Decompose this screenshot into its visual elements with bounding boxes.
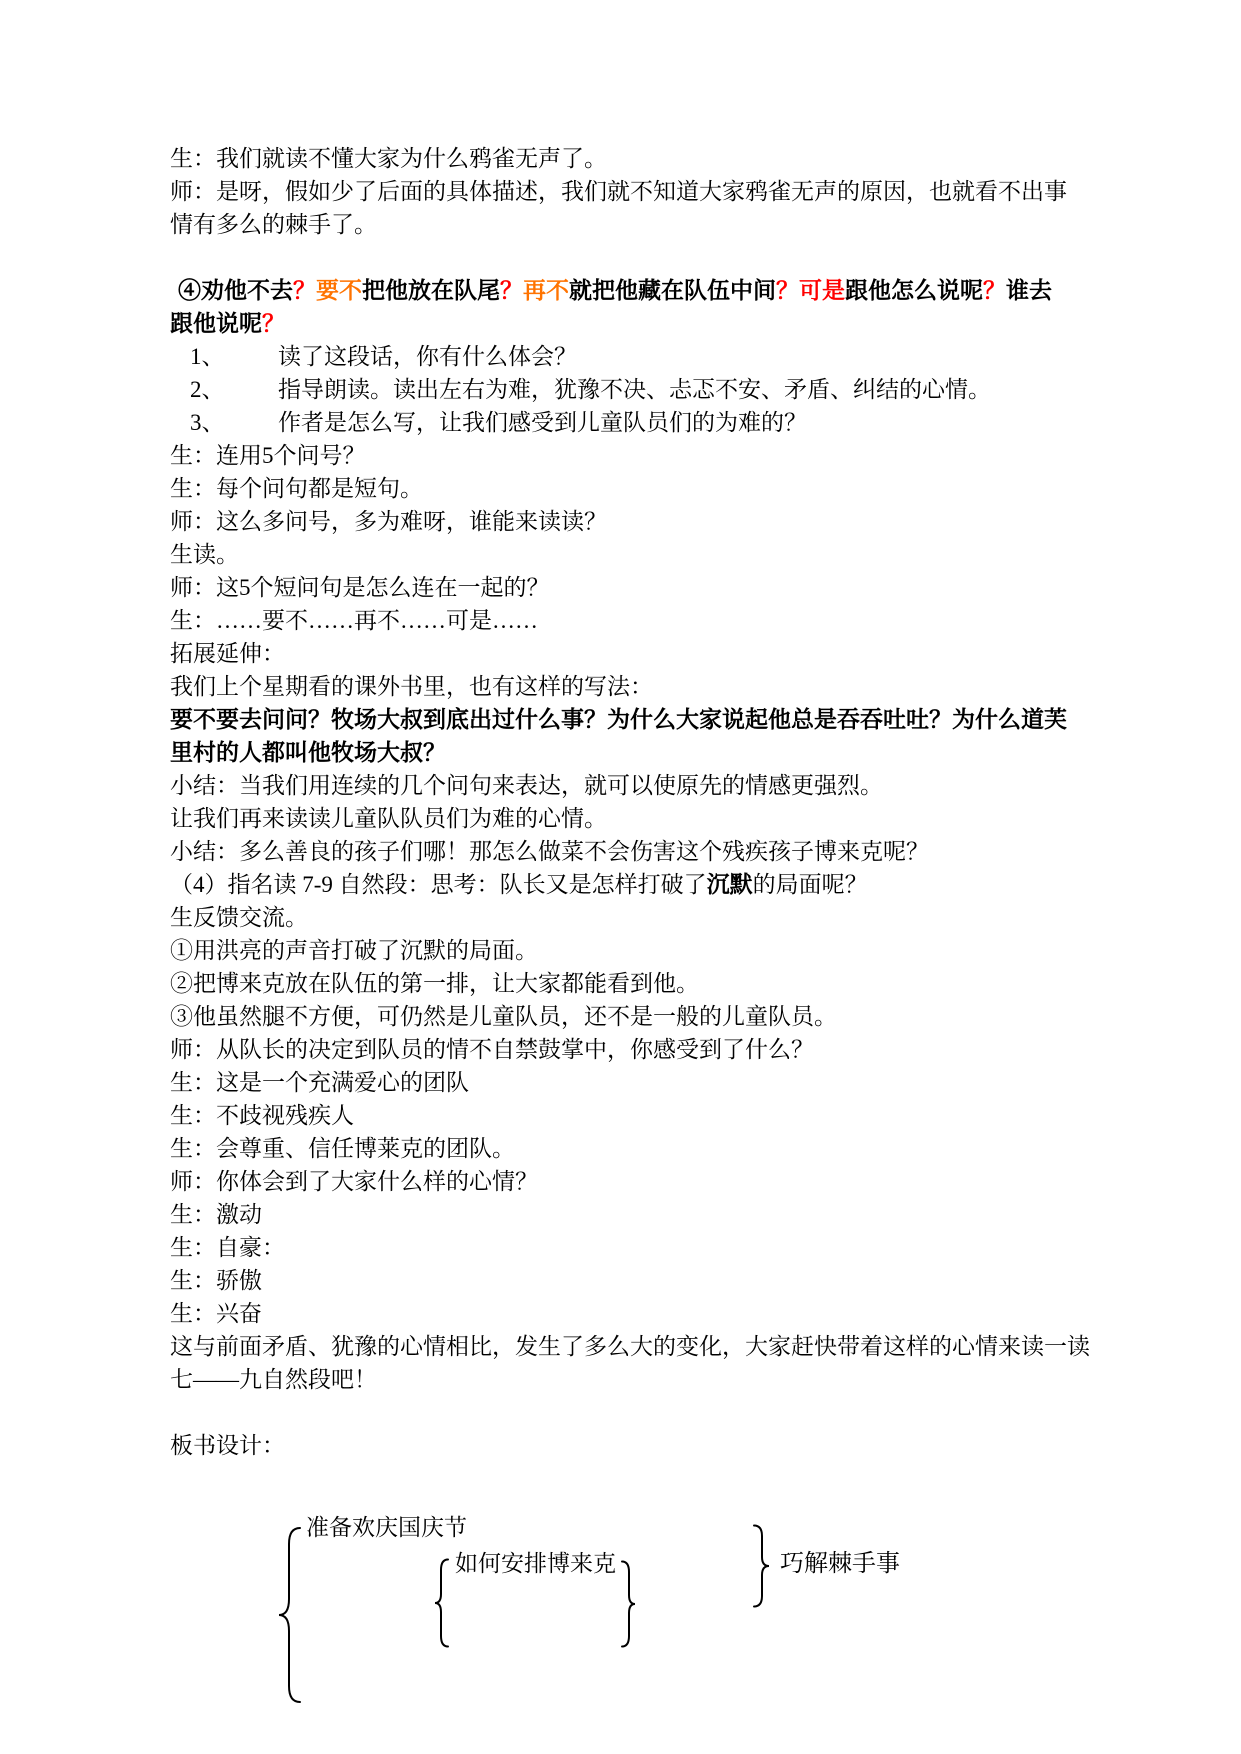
dialog-line: 生：激动: [170, 1198, 1080, 1231]
board-item-1: 准备欢庆国庆节: [306, 1514, 467, 1542]
result-brace-icon: [752, 1524, 772, 1608]
dialog-line: 生：连用5个问号？: [170, 439, 1080, 472]
dialog-line: 生：我们就读不懂大家为什么鸦雀无声了。: [170, 142, 1080, 175]
text-segment: 跟他说呢: [170, 311, 262, 336]
text-segment: 谁去: [1006, 278, 1052, 303]
dialog-line: 七——九自然段吧！: [170, 1363, 1080, 1396]
dialog-line: 小结：多么善良的孩子们哪！那怎么做菜不会伤害这个残疾孩子博来克呢？: [170, 835, 1080, 868]
text-segment: （4）指名读 7-9 自然段：思考：队长又是怎样打破了: [170, 872, 707, 897]
dialog-line: 生：……要不……再不……可是……: [170, 604, 1080, 637]
board-result: 巧解棘手事: [780, 1550, 900, 1578]
text-segment: 把他放在队尾: [362, 278, 500, 303]
board-heading: 板书设计：: [170, 1429, 1080, 1462]
text-segment: ？: [293, 278, 316, 303]
dialog-line: ①用洪亮的声音打破了沉默的局面。: [170, 934, 1080, 967]
dialog-line: 情有多么的棘手了。: [170, 208, 1080, 241]
numbered-item: 3、作者是怎么写，让我们感受到儿童队员们的为难的？: [170, 406, 1080, 439]
page: 生：我们就读不懂大家为什么鸦雀无声了。 师：是呀，假如少了后面的具体描述，我们就…: [0, 0, 1241, 1754]
numbered-item-text: 指导朗读。读出左右为难，犹豫不决、忐忑不安、矛盾、纠结的心情。: [278, 377, 991, 402]
dialog-line: 我们上个星期看的课外书里，也有这样的写法：: [170, 670, 1080, 703]
dialog-line: 生：骄傲: [170, 1264, 1080, 1297]
bold-example-line: 里村的人都叫他牧场大叔？: [170, 736, 1080, 769]
bold-example-line: 要不要去问问？牧场大叔到底出过什么事？为什么大家说起他总是吞吞吐吐？为什么道芙: [170, 703, 1080, 736]
numbered-item-label: 3、: [190, 406, 278, 439]
lesson-plan-text: 生：我们就读不懂大家为什么鸦雀无声了。 师：是呀，假如少了后面的具体描述，我们就…: [170, 142, 1080, 1462]
numbered-item: 2、指导朗读。读出左右为难，犹豫不决、忐忑不安、矛盾、纠结的心情。: [170, 373, 1080, 406]
numbered-item-text: 作者是怎么写，让我们感受到儿童队员们的为难的？: [278, 410, 807, 435]
section-label: 拓展延伸：: [170, 637, 1080, 670]
text-segment: 的局面呢？: [753, 872, 868, 897]
text-segment: 要不: [316, 278, 362, 303]
numbered-item-label: 2、: [190, 373, 278, 406]
dialog-line: 让我们再来读读儿童队队员们为难的心情。: [170, 802, 1080, 835]
inner-close-brace-icon: [620, 1560, 636, 1648]
dialog-line: ③他虽然腿不方便，可仍然是儿童队员，还不是一般的儿童队员。: [170, 1000, 1080, 1033]
numbered-item-text: 读了这段话，你有什么体会？: [278, 344, 577, 369]
blank-line: [170, 1396, 1080, 1429]
numbered-item-label: 1、: [190, 340, 278, 373]
emphasized-word: 沉默: [707, 872, 753, 897]
dialog-line: 生：兴奋: [170, 1297, 1080, 1330]
text-segment: 再不: [523, 278, 569, 303]
inner-open-brace-icon: [434, 1558, 450, 1648]
text-segment: ④劝他不去: [178, 278, 293, 303]
dialog-line: 生反馈交流。: [170, 901, 1080, 934]
dialog-line: 这与前面矛盾、犹豫的心情相比，发生了多么大的变化，大家赶快带着这样的心情来读一读: [170, 1330, 1080, 1363]
dialog-line: 生：自豪：: [170, 1231, 1080, 1264]
dialog-line: 师：是呀，假如少了后面的具体描述，我们就不知道大家鸦雀无声的原因，也就看不出事: [170, 175, 1080, 208]
numbered-item: 1、读了这段话，你有什么体会？: [170, 340, 1080, 373]
text-segment: 跟他怎么说呢: [845, 278, 983, 303]
dialog-line: 生：不歧视残疾人: [170, 1099, 1080, 1132]
dialog-line: 师：你体会到了大家什么样的心情？: [170, 1165, 1080, 1198]
text-segment: ？: [262, 311, 285, 336]
task-line: （4）指名读 7-9 自然段：思考：队长又是怎样打破了沉默的局面呢？: [170, 868, 1080, 901]
text-segment: ？: [776, 278, 799, 303]
text-segment: ？: [500, 278, 523, 303]
blank-line: [170, 241, 1080, 274]
question-line-2: 跟他说呢？: [170, 307, 1080, 340]
dialog-line: 生：每个问句都是短句。: [170, 472, 1080, 505]
dialog-line: 师：从队长的决定到队员的情不自禁鼓掌中，你感受到了什么？: [170, 1033, 1080, 1066]
dialog-line: 生读。: [170, 538, 1080, 571]
text-segment: 可是: [799, 278, 845, 303]
text-segment: 就把他藏在队伍中间: [569, 278, 776, 303]
dialog-line: 小结：当我们用连续的几个问句来表达，就可以使原先的情感更强烈。: [170, 769, 1080, 802]
board-item-2: 如何安排博来克: [455, 1550, 616, 1578]
question-line-1: ④劝他不去？要不把他放在队尾？再不就把他藏在队伍中间？可是跟他怎么说呢？谁去: [170, 274, 1080, 307]
dialog-line: 师：这么多问号，多为难呀，谁能来读读？: [170, 505, 1080, 538]
text-segment: ？: [983, 278, 1006, 303]
outer-brace-icon: [278, 1526, 302, 1704]
dialog-line: 生：会尊重、信任博莱克的团队。: [170, 1132, 1080, 1165]
dialog-line: 生：这是一个充满爱心的团队: [170, 1066, 1080, 1099]
dialog-line: ②把博来克放在队伍的第一排，让大家都能看到他。: [170, 967, 1080, 1000]
dialog-line: 师：这5个短问句是怎么连在一起的？: [170, 571, 1080, 604]
